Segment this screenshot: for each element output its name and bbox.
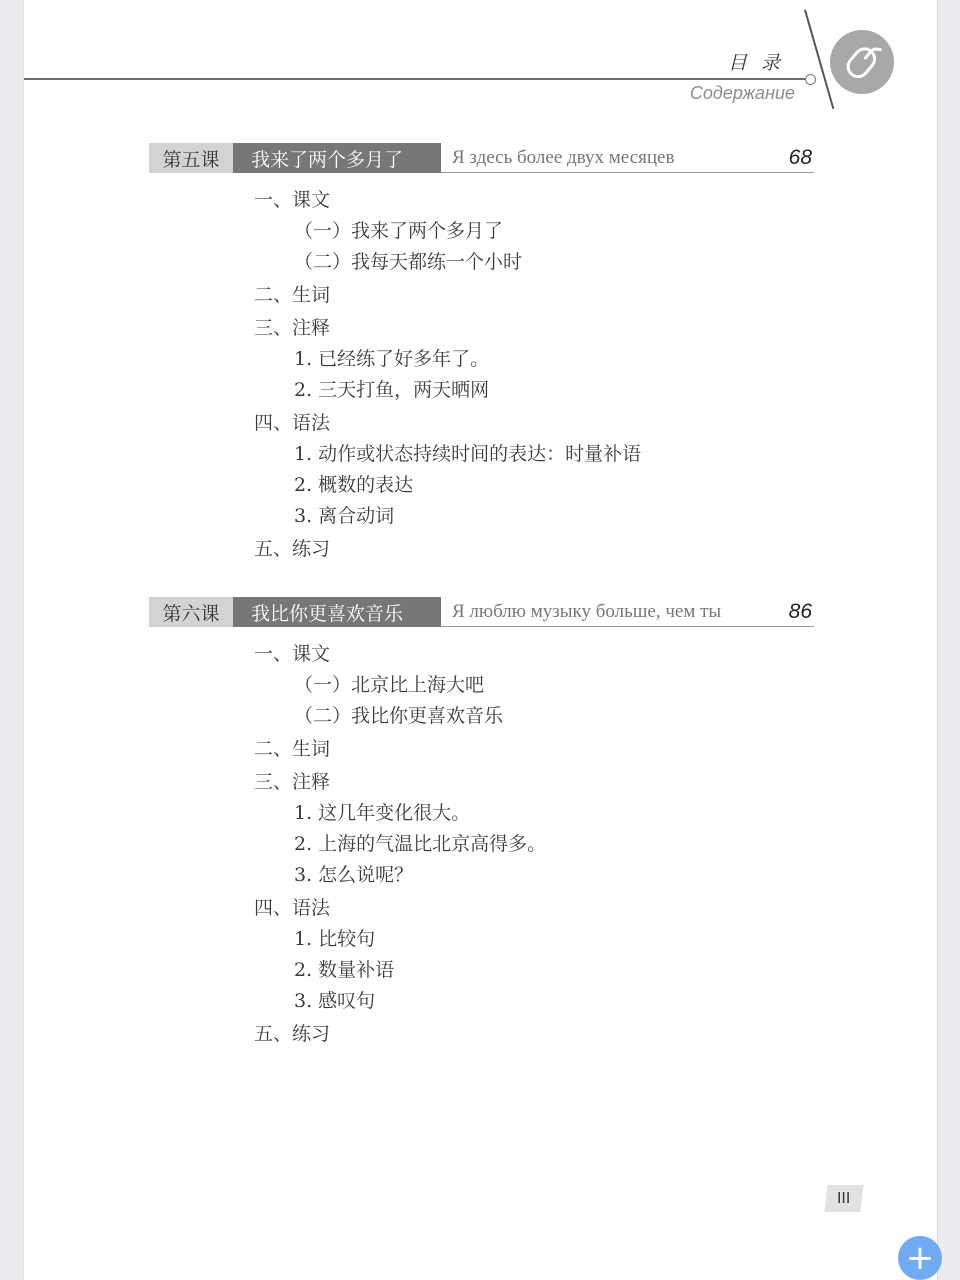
toc-item[interactable]: 2. 上海的气温比北京高得多。	[254, 829, 814, 860]
toc-item[interactable]: 五、练习	[254, 534, 814, 565]
toc-item[interactable]: 四、语法	[254, 893, 814, 924]
chapter-toc-list: 一、课文 （一）我来了两个多月了 （二）我每天都练一个小时 二、生词 三、注释 …	[254, 185, 814, 565]
chapter-5: 第五课 我来了两个多月了 Я здесь более двух месяцев …	[149, 143, 814, 565]
page-number: III	[837, 1190, 850, 1208]
toc-item[interactable]: 2. 三天打鱼，两天晒网	[254, 375, 814, 406]
chapter-toc-list: 一、课文 （一）北京比上海大吧 （二）我比你更喜欢音乐 二、生词 三、注释 1.…	[254, 639, 814, 1050]
toc-item[interactable]: （二）我每天都练一个小时	[254, 247, 814, 278]
toc-item[interactable]: 二、生词	[254, 734, 814, 765]
toc-item[interactable]: 三、注释	[254, 313, 814, 344]
toc-item[interactable]: （一）北京比上海大吧	[254, 670, 814, 701]
toc-item[interactable]: 1. 动作或状态持续时间的表达：时量补语	[254, 439, 814, 470]
chapter-header[interactable]: 第五课 我来了两个多月了 Я здесь более двух месяцев …	[149, 143, 814, 173]
toc-subtitle: Содержание	[690, 83, 795, 104]
chapter-page-number[interactable]: 86	[789, 597, 814, 627]
chapter-title-cn: 我比你更喜欢音乐	[233, 597, 441, 627]
toc-item[interactable]: 二、生词	[254, 280, 814, 311]
toc-item[interactable]: 2. 概数的表达	[254, 470, 814, 501]
chapter-number: 第六课	[149, 597, 233, 627]
toc-item[interactable]: 3. 感叹句	[254, 986, 814, 1017]
plus-icon: +	[906, 1241, 935, 1275]
toc-item[interactable]: 2. 数量补语	[254, 955, 814, 986]
toc-item[interactable]: 一、课文	[254, 185, 814, 216]
document-page: 目录 Содержание 第五课 我来了两个多月了 Я здесь более…	[23, 0, 938, 1280]
mouse-icon	[830, 30, 894, 94]
chapter-header[interactable]: 第六课 我比你更喜欢音乐 Я люблю музыку больше, чем …	[149, 597, 814, 627]
toc-item[interactable]: 一、课文	[254, 639, 814, 670]
page-number-tab: III	[825, 1185, 864, 1212]
toc-item[interactable]: 3. 离合动词	[254, 501, 814, 532]
chapter-number: 第五课	[149, 143, 233, 173]
toc-item[interactable]: （一）我来了两个多月了	[254, 216, 814, 247]
toc-item[interactable]: 3. 怎么说呢？	[254, 860, 814, 891]
toc-item[interactable]: 五、练习	[254, 1019, 814, 1050]
toc-item[interactable]: （二）我比你更喜欢音乐	[254, 701, 814, 732]
chapter-title-ru: Я здесь более двух месяцев	[441, 143, 789, 173]
header-rule	[24, 78, 809, 80]
chapter-page-number[interactable]: 68	[789, 143, 814, 173]
toc-item[interactable]: 四、语法	[254, 408, 814, 439]
chapter-6: 第六课 我比你更喜欢音乐 Я люблю музыку больше, чем …	[149, 597, 814, 1050]
toc-item[interactable]: 三、注释	[254, 767, 814, 798]
toc-item[interactable]: 1. 比较句	[254, 924, 814, 955]
add-button[interactable]: +	[898, 1236, 942, 1280]
chapter-title-cn: 我来了两个多月了	[233, 143, 441, 173]
toc-title: 目录	[728, 48, 794, 75]
toc-item[interactable]: 1. 这几年变化很大。	[254, 798, 814, 829]
chapter-title-ru: Я люблю музыку больше, чем ты	[441, 597, 789, 627]
toc-item[interactable]: 1. 已经练了好多年了。	[254, 344, 814, 375]
decorative-ring	[805, 74, 816, 85]
